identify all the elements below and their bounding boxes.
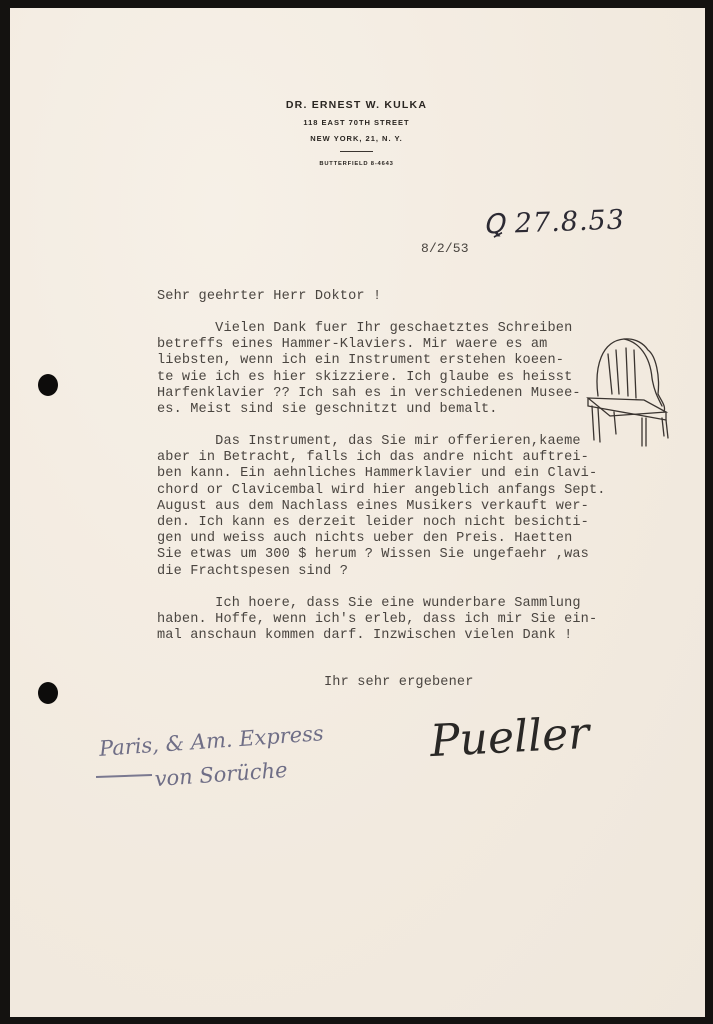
paragraph-3: Ich hoere, dass Sie eine wunderbare Samm… xyxy=(157,596,597,645)
signature: Pueller xyxy=(429,708,591,767)
letterhead-phone: BUTTERFIELD 8-4643 xyxy=(0,161,713,167)
typed-date: 8/2/53 xyxy=(421,241,469,257)
punch-hole-top xyxy=(38,374,58,396)
letterhead-street: 118 EAST 70TH STREET xyxy=(0,118,713,127)
punch-hole-bottom xyxy=(38,682,58,704)
closing: Ihr sehr ergebener xyxy=(324,675,474,691)
salutation: Sehr geehrter Herr Doktor ! xyxy=(157,289,381,305)
harp-piano-sketch-icon xyxy=(584,336,674,451)
letterhead-name: DR. ERNEST W. KULKA xyxy=(0,99,713,111)
handwritten-date: Ꝗ 27.8.53 xyxy=(483,205,626,241)
letterhead-city: NEW YORK, 21, N. Y. xyxy=(0,134,713,143)
paragraph-2: Das Instrument, das Sie mir offerieren,k… xyxy=(157,434,606,580)
paragraph-1: Vielen Dank fuer Ihr geschaetztes Schrei… xyxy=(157,321,581,418)
letterhead-rule xyxy=(340,151,373,152)
